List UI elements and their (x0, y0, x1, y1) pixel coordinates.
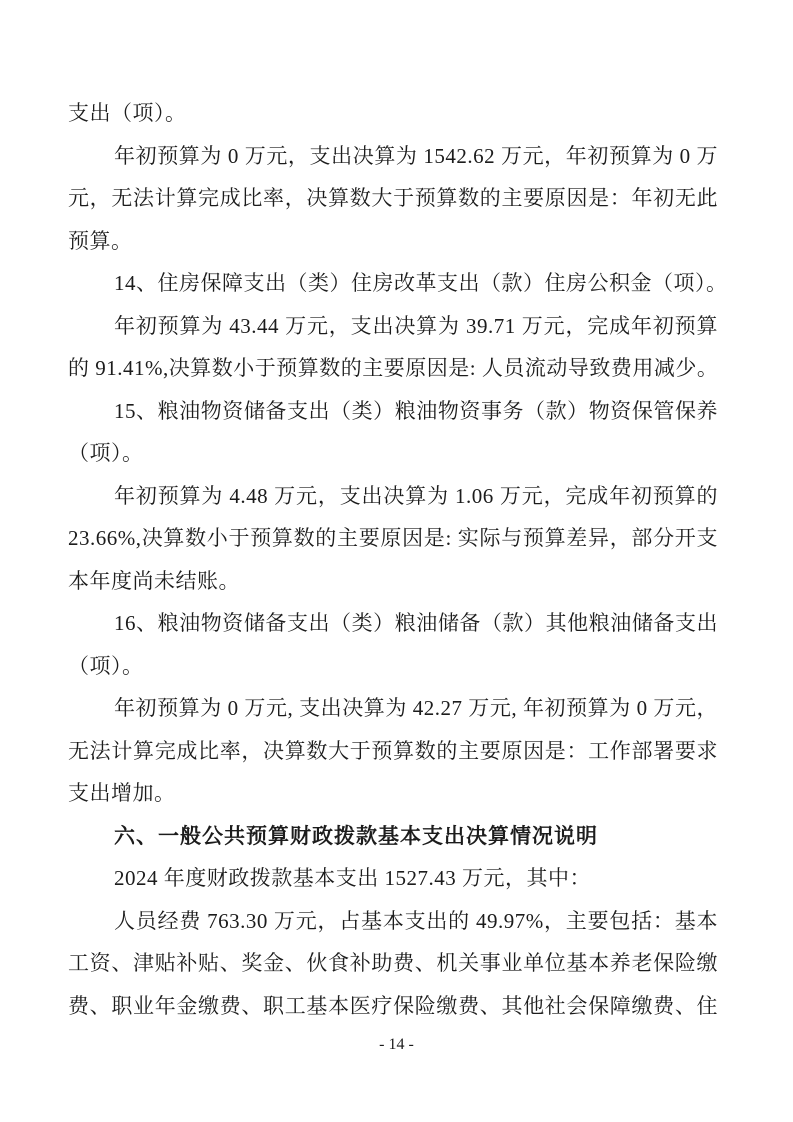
paragraph-line: 预算。 (68, 220, 718, 263)
document-body: 支出（项）。年初预算为 0 万元，支出决算为 1542.62 万元，年初预算为 … (68, 92, 718, 1027)
paragraph-line: 元，无法计算完成比率，决算数大于预算数的主要原因是：年初无此 (68, 177, 718, 220)
document-page: 支出（项）。年初预算为 0 万元，支出决算为 1542.62 万元，年初预算为 … (0, 0, 793, 1122)
paragraph-line: 2024 年度财政拨款基本支出 1527.43 万元，其中： (68, 857, 718, 900)
paragraph-line: 年初预算为 43.44 万元，支出决算为 39.71 万元，完成年初预算 (68, 305, 718, 348)
paragraph-line: （项）。 (68, 432, 718, 475)
paragraph-line: 14、住房保障支出（类）住房改革支出（款）住房公积金（项）。 (68, 262, 718, 305)
section-heading: 六、一般公共预算财政拨款基本支出决算情况说明 (68, 815, 718, 858)
paragraph-line: 年初预算为 0 万元, 支出决算为 42.27 万元, 年初预算为 0 万元， (68, 687, 718, 730)
paragraph-line: （项）。 (68, 645, 718, 688)
paragraph-line: 16、粮油物资储备支出（类）粮油储备（款）其他粮油储备支出 (68, 602, 718, 645)
paragraph-line: 的 91.41%,决算数小于预算数的主要原因是: 人员流动导致费用减少。 (68, 347, 718, 390)
paragraph-line: 年初预算为 4.48 万元，支出决算为 1.06 万元，完成年初预算的 (68, 475, 718, 518)
paragraph-line: 工资、津贴补贴、奖金、伙食补助费、机关事业单位基本养老保险缴 (68, 942, 718, 985)
paragraph-line: 23.66%,决算数小于预算数的主要原因是: 实际与预算差异，部分开支 (68, 517, 718, 560)
paragraph-line: 人员经费 763.30 万元，占基本支出的 49.97%，主要包括：基本 (68, 900, 718, 943)
paragraph-line: 无法计算完成比率，决算数大于预算数的主要原因是：工作部署要求 (68, 730, 718, 773)
paragraph-line: 支出增加。 (68, 772, 718, 815)
paragraph-line: 年初预算为 0 万元，支出决算为 1542.62 万元，年初预算为 0 万 (68, 135, 718, 178)
paragraph-line: 费、职业年金缴费、职工基本医疗保险缴费、其他社会保障缴费、住 (68, 985, 718, 1028)
paragraph-line: 15、粮油物资储备支出（类）粮油物资事务（款）物资保管保养 (68, 390, 718, 433)
paragraph-line: 支出（项）。 (68, 92, 718, 135)
page-number: - 14 - (0, 1034, 793, 1056)
paragraph-line: 本年度尚未结账。 (68, 560, 718, 603)
